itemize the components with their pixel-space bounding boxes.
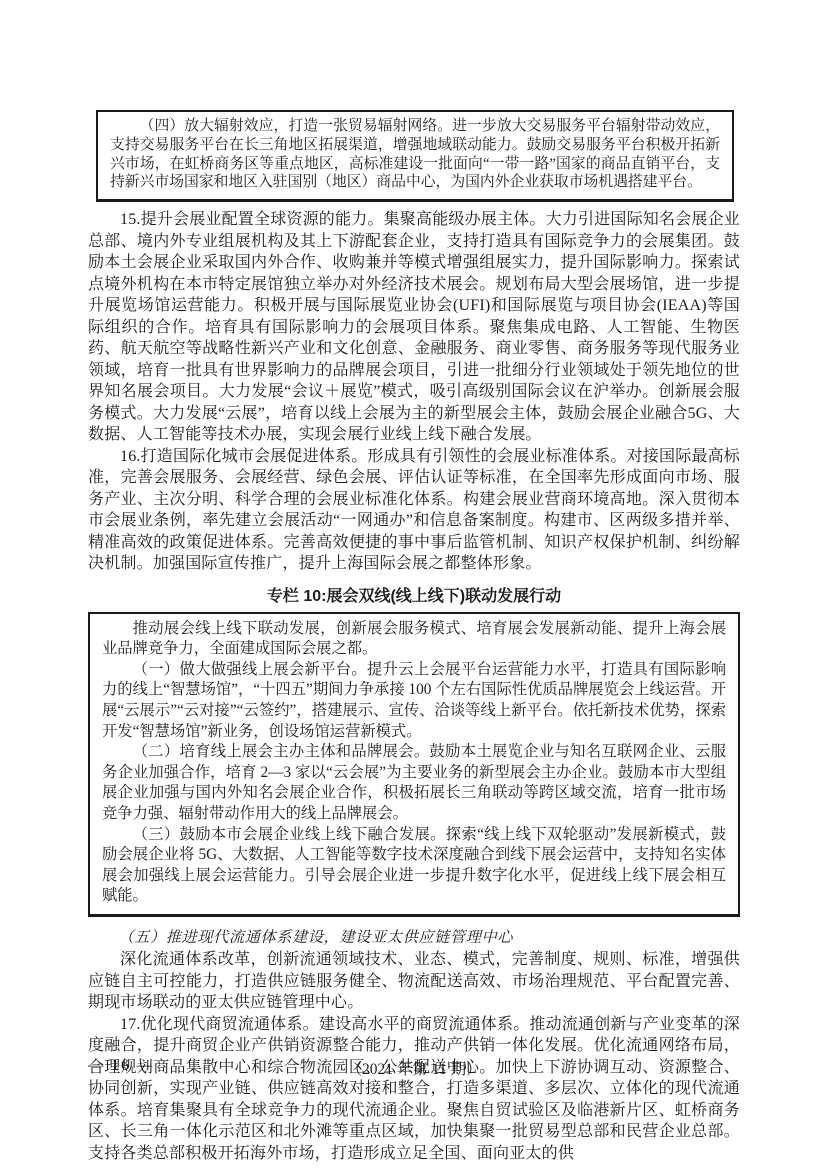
paragraph-16: 16.打造国际化城市会展促进体系。形成具有引领性的会展业标准体系。对接国际最高标… — [88, 446, 740, 575]
column10-item-2-paragraph: （二）培育线上展会主办主体和品牌展会。鼓励本土展览企业与知名互联网企业、云服务企… — [102, 742, 726, 824]
callout-box-section4: （四）放大辐射效应，打造一张贸易辐射网络。进一步放大交易服务平台辐射带动效应，支… — [96, 110, 734, 202]
column10-intro-paragraph: 推动展会线上线下联动发展，创新展会服务模式、培育展会发展新动能、提升上海会展业品… — [102, 619, 726, 660]
paragraph-17: 17.优化现代商贸流通体系。建设高水平的商贸流通体系。推动流通创新与产业变革的深… — [88, 1014, 740, 1165]
section4-paragraph: （四）放大辐射效应，打造一张贸易辐射网络。进一步放大交易服务平台辐射带动效应，支… — [110, 117, 720, 192]
column10-item-1-paragraph: （一）做大做强线上展会新平台。提升云上会展平台运营能力水平，打造具有国际影响力的… — [102, 660, 726, 742]
page-content: （四）放大辐射效应，打造一张贸易辐射网络。进一步放大交易服务平台辐射带动效应，支… — [88, 110, 740, 1164]
callout-box-column10: 推动展会线上线下联动发展，创新展会服务模式、培育展会发展新动能、提升上海会展业品… — [88, 612, 740, 917]
circulation-paragraph: 深化流通体系改革，创新流通领域技术、业态、模式，完善制度、规则、标准，增强供应链… — [88, 949, 740, 1014]
column10-item-3-paragraph: （三）鼓励本市会展企业线上线下融合发展。探索“线上线下双轮驱动”发展新模式，鼓励… — [102, 825, 726, 907]
page-footer: — 16 — （2021 年第 11 期） — [88, 1057, 740, 1081]
paragraph-15: 15.提升会展业配置全球资源的能力。集聚高能级办展主体。大力引进国际知名会展企业… — [88, 209, 740, 446]
document-page: （四）放大辐射效应，打造一张贸易辐射网络。进一步放大交易服务平台辐射带动效应，支… — [0, 0, 827, 1170]
footer-issue-label: （2021 年第 11 期） — [88, 1057, 740, 1079]
section5-heading: （五）推进现代流通体系建设，建设亚太供应链管理中心 — [88, 927, 740, 949]
column-10-title: 专栏 10:展会双线(线上线下)联动发展行动 — [88, 583, 740, 606]
